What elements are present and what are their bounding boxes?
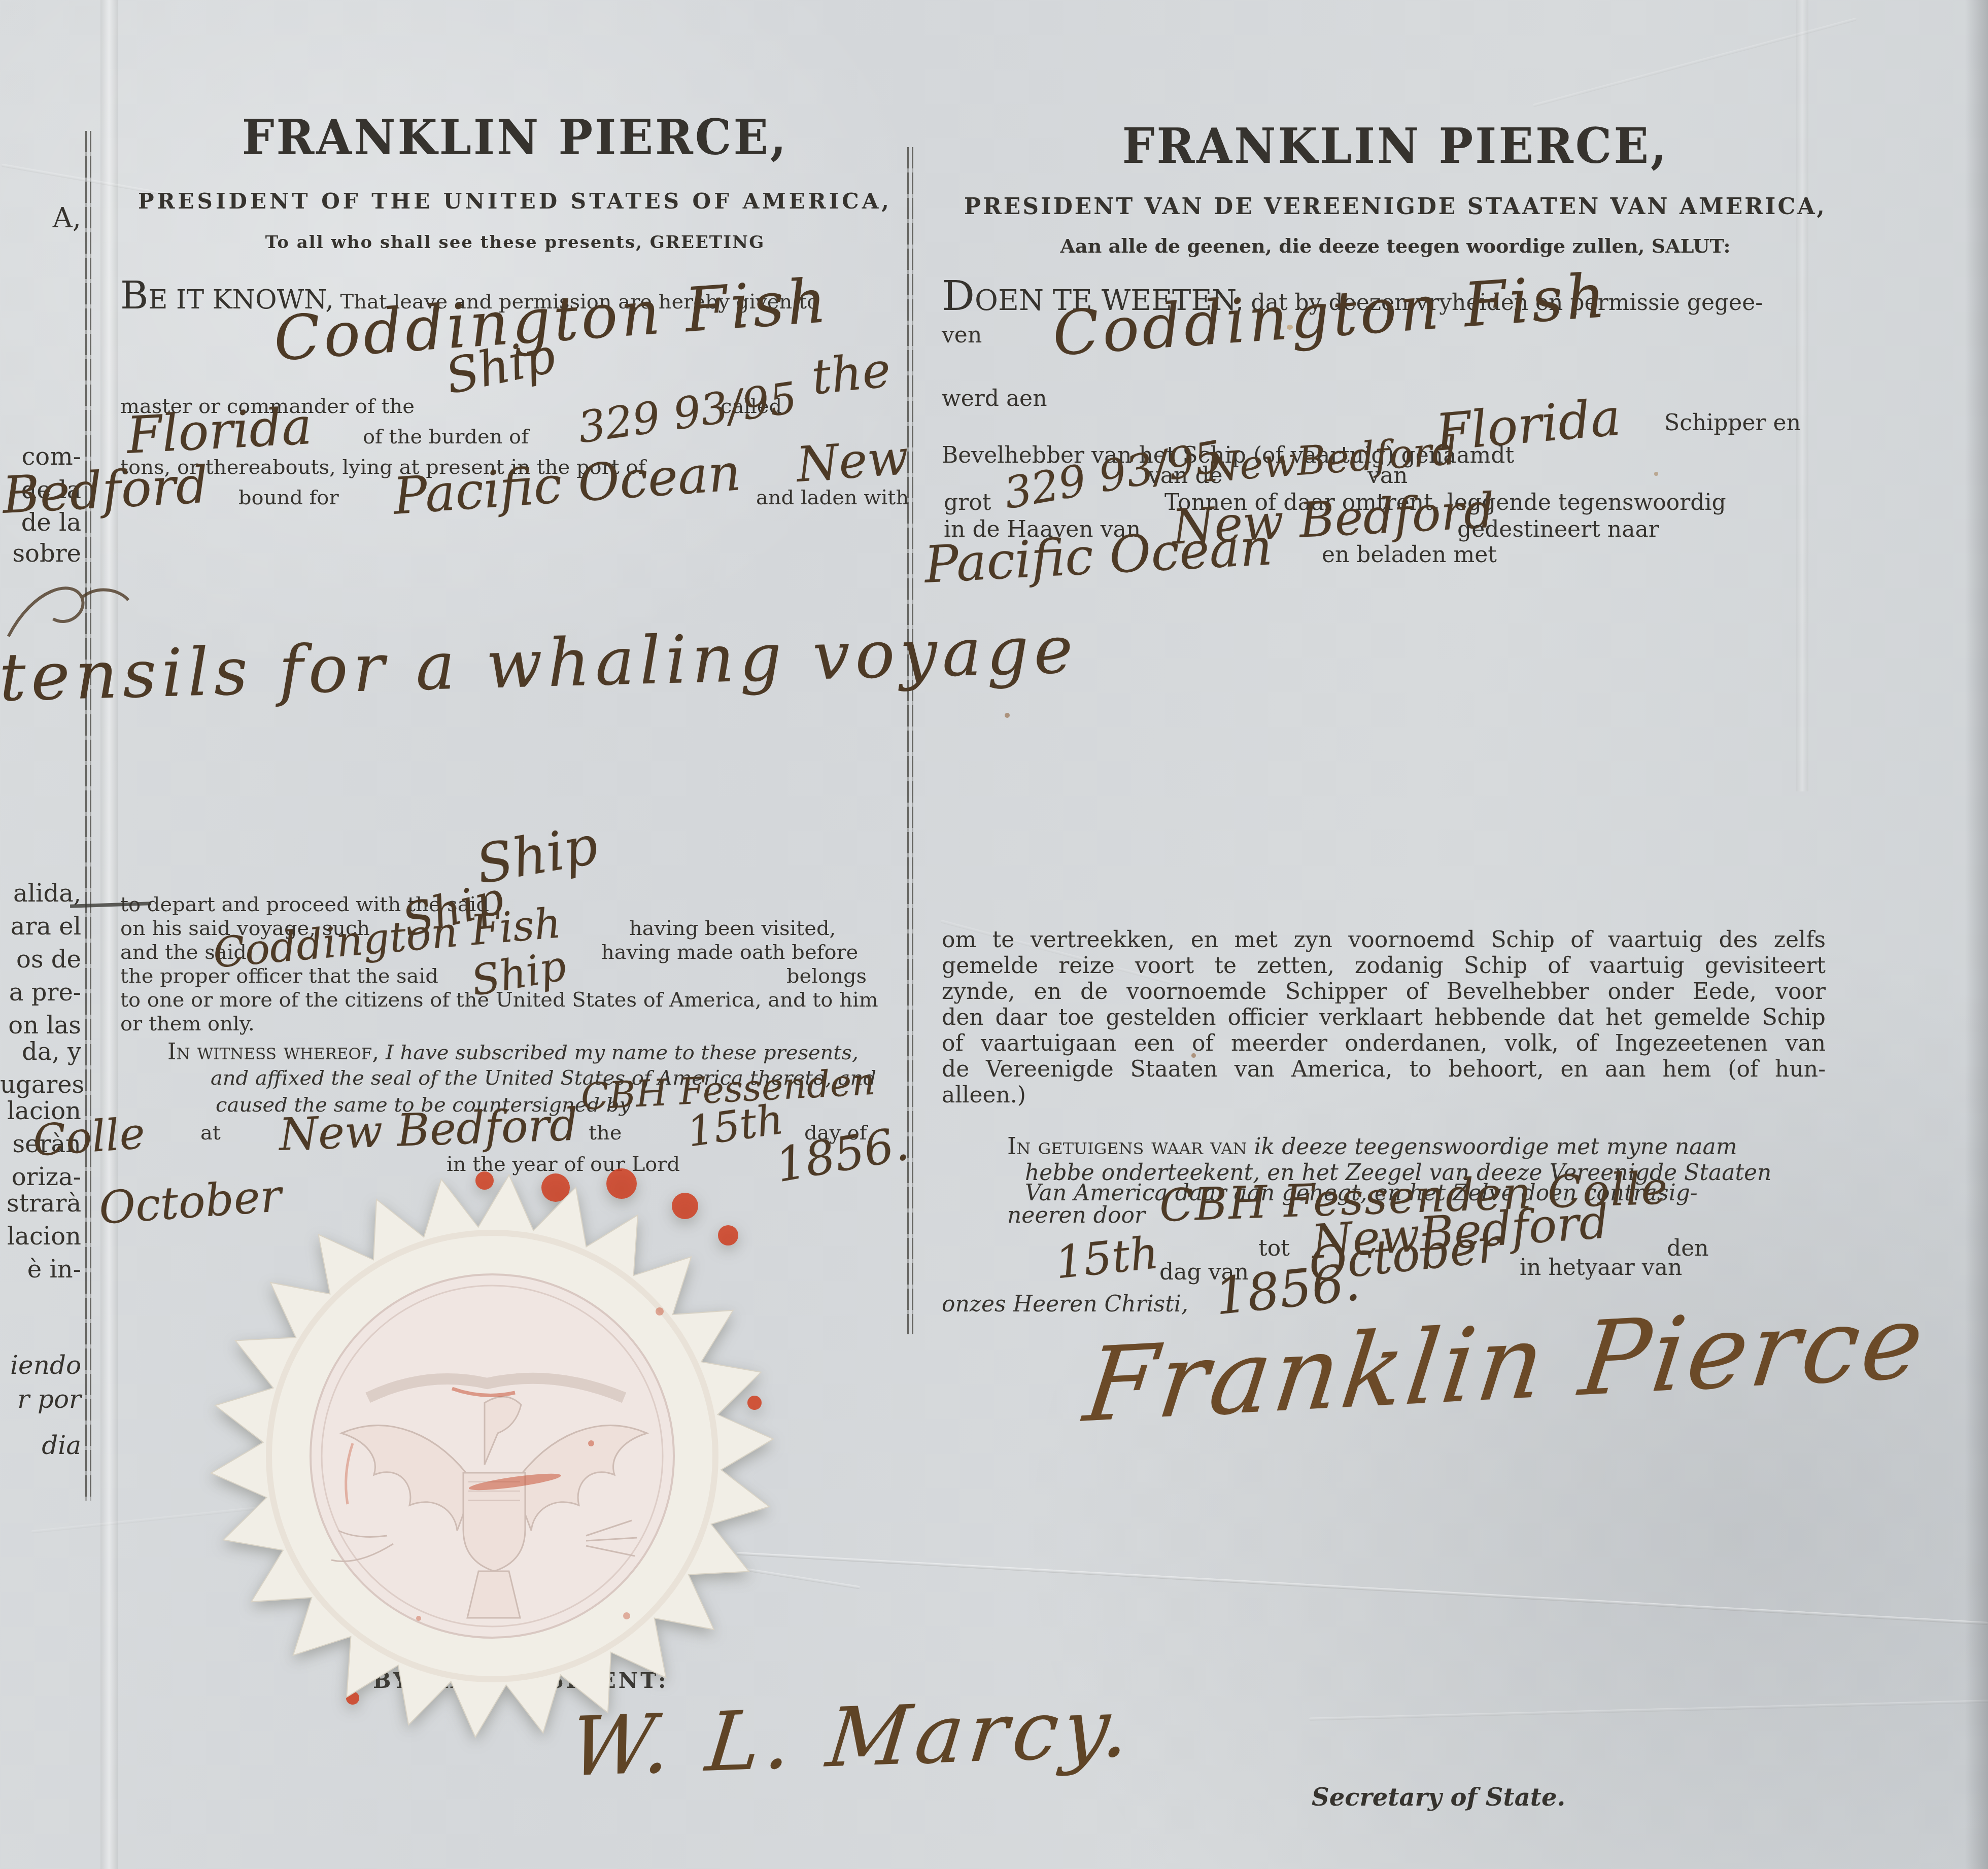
left-column-fragment: ugares [0, 1070, 81, 1099]
salutation-dutch: Aan alle de geenen, die deeze teegen woo… [964, 234, 1827, 257]
witness-rest-dutch: ik deeze teegenswoordige met myne naam [1254, 1134, 1737, 1160]
beladen-label: en beladen met [1322, 542, 1497, 568]
dutch-paragraph-line: gemelde reize voort te zetten, zodanig S… [942, 953, 1826, 979]
left-column-fragment: strarà [0, 1189, 81, 1218]
column-divider-left [85, 131, 87, 1501]
subtitle-english: PRESIDENT OF THE UNITED STATES OF AMERIC… [122, 189, 908, 214]
only-line: or them only. [120, 1012, 255, 1035]
handwriting-year: 1856. [772, 1116, 913, 1193]
paper-crease [737, 1552, 1988, 1625]
grot-label: grot [944, 490, 991, 515]
handwriting-destination: Pacific Ocean [391, 442, 743, 526]
paper-crease [1309, 1700, 1988, 1720]
left-column-fragment: lacion [0, 1222, 81, 1251]
subtitle-dutch: PRESIDENT VAN DE VEREENIGDE STAATEN VAN … [964, 194, 1827, 220]
dutch-paragraph-line: zynde, en de voornoemde Schipper of Beve… [942, 979, 1826, 1005]
stain-speck [1005, 713, 1010, 718]
handwriting-port-word2: Bedford [1, 455, 210, 525]
handwriting-home-port: NewBedford [1204, 428, 1459, 491]
witness-rest: I have subscribed my name to these prese… [386, 1041, 859, 1064]
handwriting-port-word1: New [795, 430, 910, 493]
tot-label: tot [1258, 1235, 1290, 1261]
dutch-paragraph-line: den daar toe gestelden officier verklaar… [942, 1005, 1826, 1030]
left-column-fragment: ara el [0, 912, 81, 941]
left-column-fragment: da, y [0, 1037, 81, 1066]
laden-with-label: and laden with [756, 486, 909, 509]
seal-graphic [200, 1159, 784, 1743]
paper-crease [1532, 18, 1857, 108]
left-column-fragment: on las [0, 1011, 81, 1040]
witness-lead: In witness whereof, [167, 1039, 379, 1065]
column-divider-middle [912, 147, 913, 1334]
van-label: van [1367, 463, 1408, 489]
left-column-fragment: sobre [0, 539, 81, 568]
oath-before-label: having made oath before [601, 941, 858, 964]
witness-line4-dutch: neeren door [1007, 1202, 1145, 1228]
handwriting-vessel-name: Florida [125, 396, 314, 465]
left-column-fragment-italic: iendo [0, 1351, 81, 1380]
werd-aen-label: werd aen [942, 386, 1047, 411]
bound-for-label: bound for [238, 486, 339, 509]
secretary-of-state-label: Secretary of State. [1312, 1783, 1565, 1812]
handwriting-vessel-article: the [809, 342, 893, 406]
left-column-fragment-italic: dia [0, 1431, 81, 1460]
left-column-fragment: a pre- [0, 978, 81, 1007]
document-scan: A, com- de la de la sobre alida, ara el … [0, 0, 1988, 1869]
gedestineert-label: gedestineert naar [1457, 516, 1659, 542]
dutch-paragraph-line: of vaartuigaan een of meerder onderdanen… [942, 1030, 1826, 1056]
dutch-paragraph-line: de Vereenigde Staaten van America, to be… [942, 1056, 1826, 1082]
officer-line: the proper officer that the said [120, 964, 438, 988]
citizens-line: to one or more of the citizens of the Un… [120, 988, 878, 1012]
handwriting-master-name-dutch: Coddington Fish [1050, 261, 1610, 370]
dutch-paragraph-line: om te vertreekken, en met zyn voornoemd … [942, 927, 1826, 953]
handwriting-tonnage: 329 93/95 [575, 373, 800, 453]
paper-fold-left [100, 0, 118, 1869]
left-column-fragment: alida, [0, 879, 81, 908]
left-column-fragment: oriza- [0, 1163, 81, 1191]
page-title-english: FRANKLIN PIERCE, [122, 109, 908, 166]
at-label: at [200, 1121, 221, 1145]
salutation-english: To all who shall see these presents, GRE… [122, 232, 908, 253]
handwriting-cargo-line: utensils for a whaling voyage [0, 611, 1079, 717]
ven-label: ven [942, 322, 982, 348]
handwriting-countersigner-title: Colle [31, 1109, 147, 1166]
secretary-signature: W. L. Marcy. [566, 1680, 1140, 1795]
left-column-fragment-italic: r por [0, 1385, 81, 1414]
left-column-fragment: è in- [0, 1255, 81, 1284]
left-column-fragment: A, [0, 202, 81, 234]
burden-line: of the burden of [363, 425, 529, 448]
left-column-fragment: os de [0, 945, 81, 974]
belongs-label: belongs [786, 964, 867, 988]
page-title-dutch: FRANKLIN PIERCE, [964, 118, 1827, 175]
stain-speck [1654, 472, 1658, 476]
handwriting-place: New Bedford [278, 1098, 579, 1161]
dutch-paragraph-line: alleen.) [942, 1082, 1026, 1108]
scan-edge-shadow [1965, 0, 1988, 1869]
witness-lead-dutch: In getuigens waar van [1007, 1132, 1247, 1160]
handwriting-day-dutch: 15th [1053, 1226, 1161, 1289]
schipper-en-label: Schipper en [1664, 410, 1801, 436]
column-divider-left [90, 131, 91, 1501]
handwriting-flourish-fragment [0, 560, 136, 643]
christi-line: onzes Heeren Christi, [942, 1291, 1188, 1317]
president-signature: Franklin Pierce [1079, 1282, 1933, 1445]
the-label: the [589, 1121, 622, 1145]
visited-label: having been visited, [629, 917, 836, 940]
hetyaar-label: in hetyaar van [1520, 1255, 1682, 1280]
embossed-paper-seal [200, 1159, 784, 1743]
